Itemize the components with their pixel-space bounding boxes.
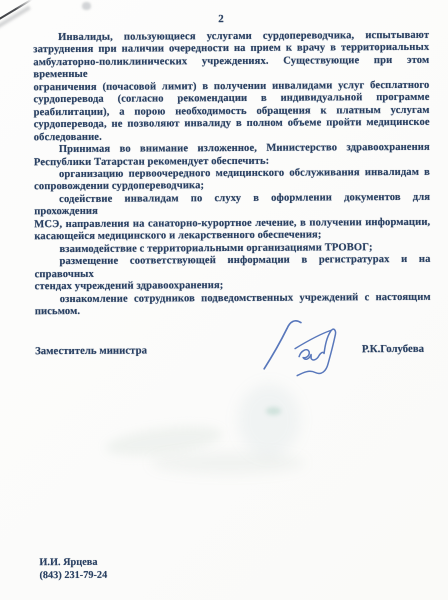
text-line: амбулаторно-поликлинических учреждениях.… [33,55,429,82]
signer-title: Заместитель министра [35,345,147,358]
scan-smudge-artifact [82,2,91,10]
text-line: Принимая во внимание изложенное, Министе… [34,142,430,157]
paragraph: организацию первоочередного медицинского… [34,167,430,194]
letter-body: Инвалиды, пользующиеся услугами сурдопер… [33,30,431,319]
text-line: письмом. [35,304,431,319]
executor-contact: И.И. Ярцева (843) 231-79-24 [39,557,107,582]
text-line: содействие инвалидам по слуху в оформлен… [34,192,430,219]
handwritten-signature-icon [251,317,351,380]
paragraph: Инвалиды, пользующиеся услугами сурдопер… [33,30,430,144]
paragraph: ознакомление сотрудников подведомственны… [35,291,431,318]
paragraph: Принимая во внимание изложенное, Министе… [34,142,430,169]
page-number: 2 [33,12,429,26]
executor-name: И.И. Ярцева [39,557,107,570]
text-line: ознакомление сотрудников подведомственны… [35,291,431,306]
scanned-letter-page: 2 Инвалиды, пользующиеся услугами сурдоп… [0,0,448,600]
text-line: размещение соответствующей информации в … [34,254,430,281]
paragraph: размещение соответствующей информации в … [34,254,430,294]
text-line: сурдоперевода, не позволяют инвалиду в п… [34,117,430,132]
paragraph: содействие инвалидам по слуху в оформлен… [34,192,430,244]
signer-name: Р.К.Голубева [362,343,424,355]
signature-block: Заместитель министра Р.К.Голубева [35,343,431,357]
executor-phone: (843) 231-79-24 [39,569,107,582]
letter-content: 2 Инвалиды, пользующиеся услугами сурдоп… [33,12,433,594]
